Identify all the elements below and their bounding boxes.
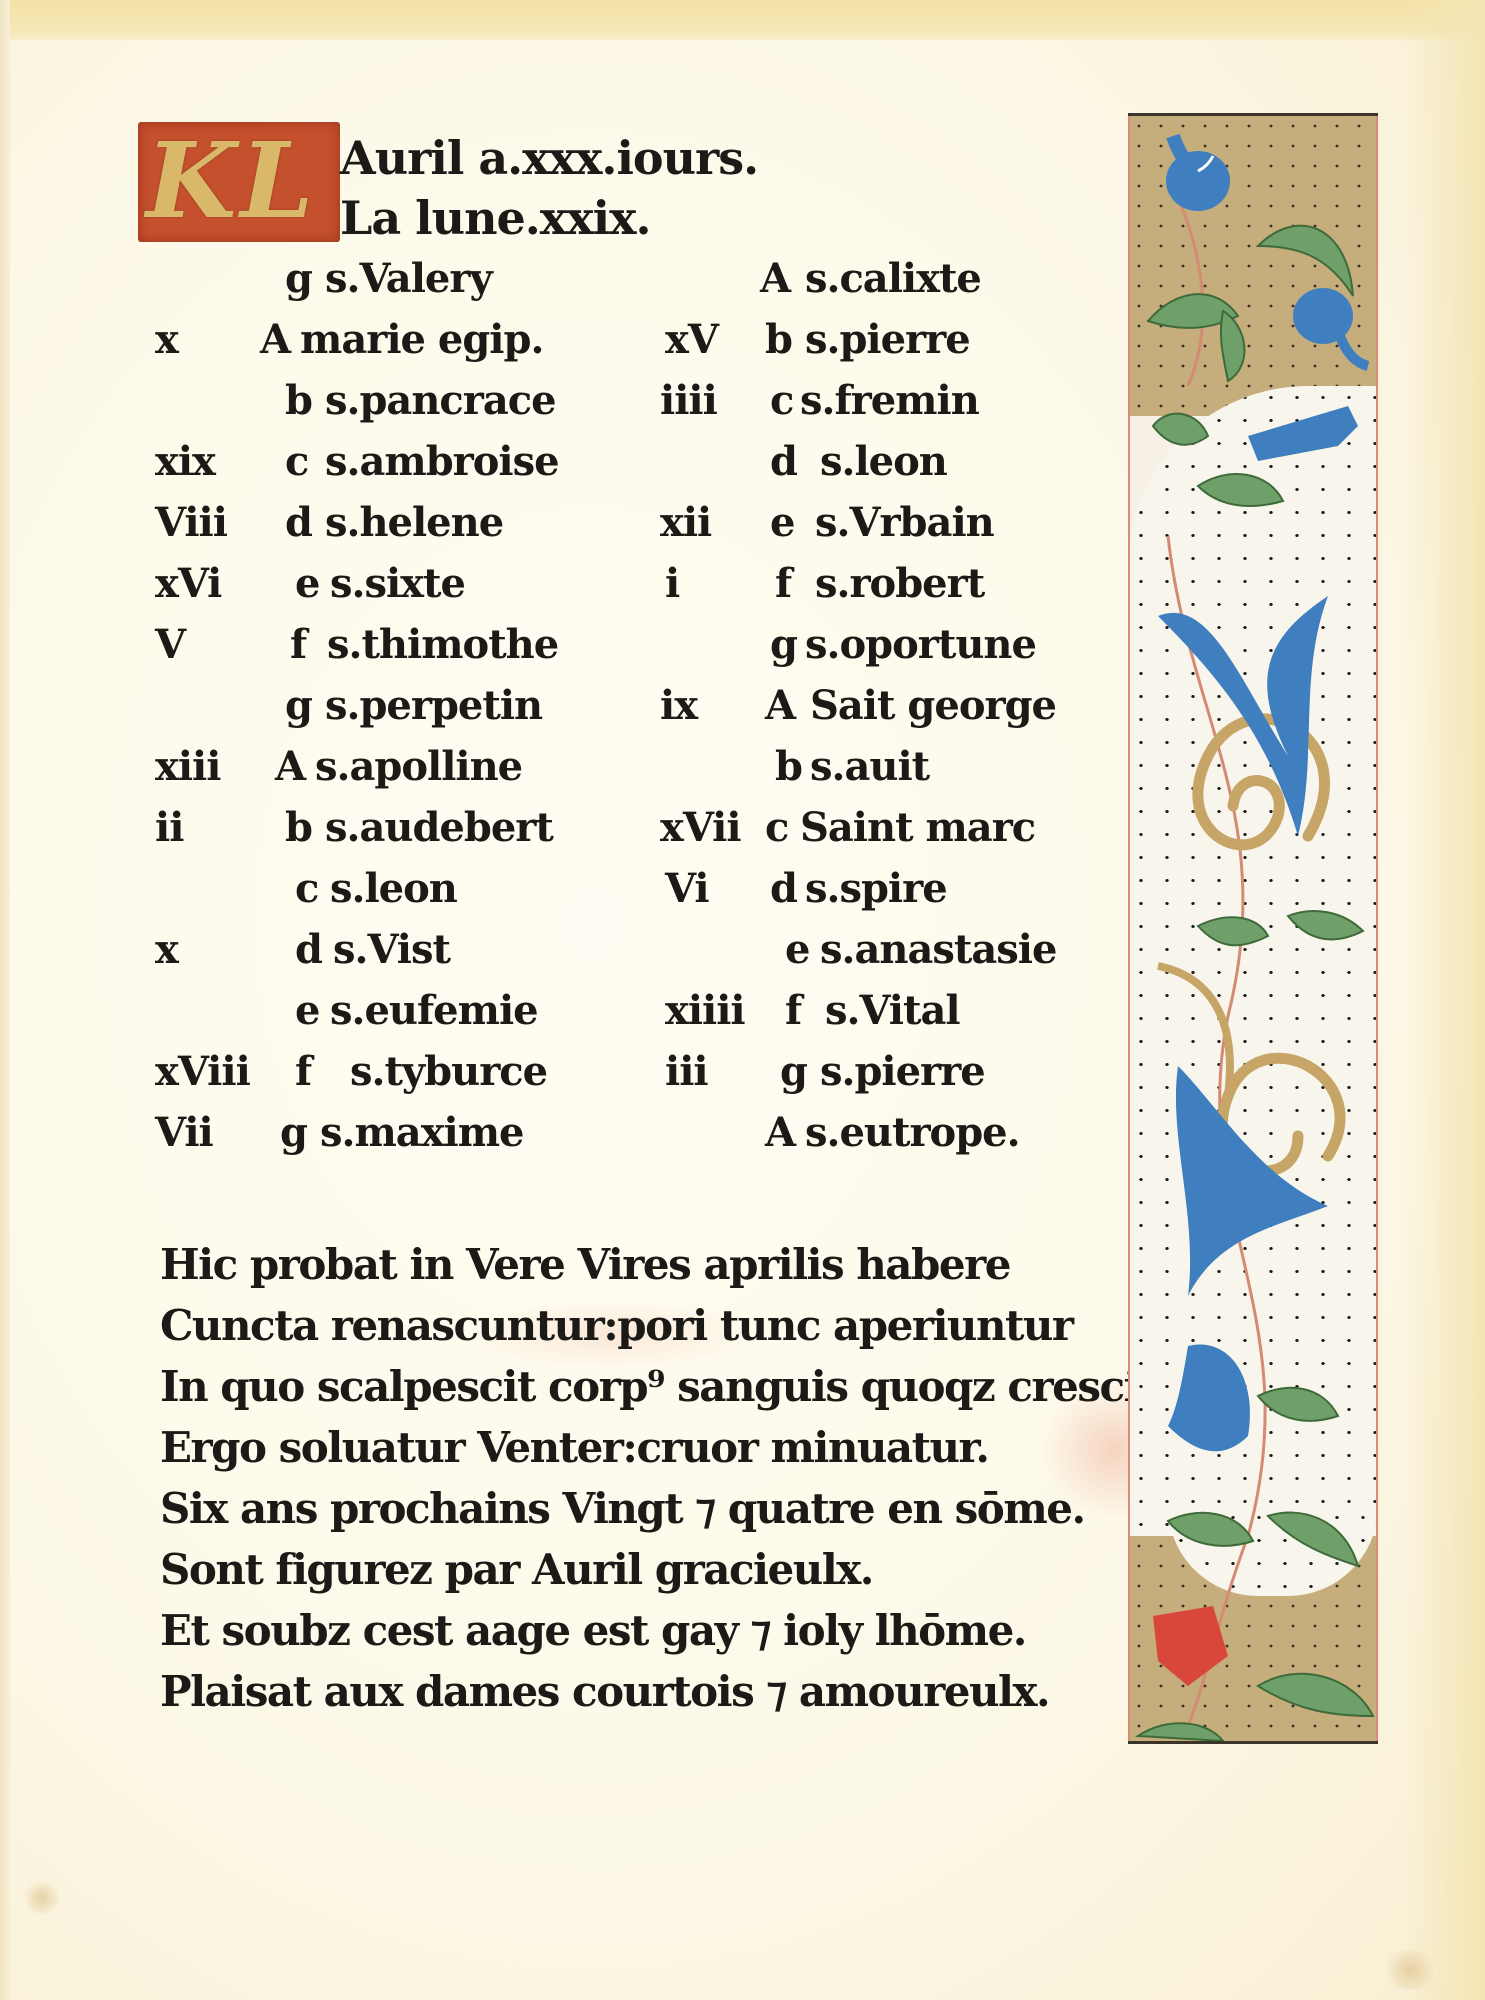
dominical-letter: c: [770, 372, 793, 430]
dominical-letter: b: [285, 372, 312, 430]
golden-number: x: [155, 921, 178, 979]
calendar-row: gs.oportune: [660, 616, 1120, 674]
calendar-row: ds.leon: [660, 433, 1120, 491]
saint-name: s.ambroise: [325, 433, 559, 491]
saint-name: s.apolline: [315, 738, 522, 796]
saint-name: s.anastasie: [820, 921, 1056, 979]
dominical-letter: c: [765, 799, 788, 857]
verse-line: Ergo soluatur Venter:cruor minuatur.: [160, 1419, 988, 1477]
calendar-row: iibs.audebert: [155, 799, 615, 857]
calendar-row: Viiids.helene: [155, 494, 615, 552]
verse-line: In quo scalpescit corp⁹ sanguis quoqz cr…: [160, 1358, 1169, 1416]
calendar-row: cs.leon: [155, 860, 615, 918]
page-right-edge: [1405, 0, 1485, 2000]
golden-number: xii: [660, 494, 711, 552]
month-heading: Auril a.xxx.iours.: [340, 130, 758, 186]
calendar-row: xds.Vist: [155, 921, 615, 979]
dominical-letter: e: [785, 921, 809, 979]
blue-flower-icon: [1293, 288, 1368, 366]
saint-name: s.fremin: [800, 372, 979, 430]
saint-name: Saint marc: [800, 799, 1035, 857]
saint-name: s.Valery: [325, 250, 492, 308]
calendar-row: bs.auit: [660, 738, 1120, 796]
saint-name: s.auit: [810, 738, 929, 796]
dominical-letter: g: [280, 1104, 307, 1162]
saint-name: s.perpetin: [325, 677, 542, 735]
dominical-letter: A: [275, 738, 305, 796]
border-rule-right: [1376, 116, 1378, 1741]
golden-number: V: [155, 616, 185, 674]
blue-flower-icon: [1166, 136, 1230, 211]
saint-name: s.eutrope.: [805, 1104, 1020, 1162]
saint-name: s.oportune: [805, 616, 1036, 674]
golden-number: xVi: [155, 555, 221, 613]
dominical-letter: b: [285, 799, 312, 857]
saint-name: s.Vital: [825, 982, 960, 1040]
saint-name: s.leon: [330, 860, 457, 918]
dominical-letter: e: [770, 494, 794, 552]
calendar-row: Viigs.maxime: [155, 1104, 615, 1162]
dominical-letter: f: [785, 982, 801, 1040]
calendar-row: gs.Valery: [155, 250, 615, 308]
dominical-letter: b: [775, 738, 802, 796]
border-rule-left: [1128, 116, 1130, 1741]
moon-heading: La lune.xxix.: [340, 190, 651, 246]
calendar-row: xViiifs.tyburce: [155, 1043, 615, 1101]
calendar-row: xVies.sixte: [155, 555, 615, 613]
dominical-letter: d: [770, 860, 797, 918]
golden-number: xViii: [155, 1043, 250, 1101]
calendar-row: Vids.spire: [660, 860, 1120, 918]
saint-name: s.pancrace: [325, 372, 556, 430]
page-top-edge: [0, 0, 1485, 42]
saint-name: s.helene: [325, 494, 503, 552]
calendar-row: As.calixte: [660, 250, 1120, 308]
saint-name: s.calixte: [805, 250, 981, 308]
saint-name: s.robert: [815, 555, 984, 613]
dominical-letter: g: [285, 250, 312, 308]
dominical-letter: g: [285, 677, 312, 735]
saint-name: marie egip.: [300, 311, 543, 369]
red-flower-icon: [1153, 1606, 1228, 1686]
golden-number: Viii: [155, 494, 227, 552]
saint-name: s.maxime: [320, 1104, 524, 1162]
saint-name: s.Vist: [333, 921, 450, 979]
saint-name: s.pierre: [820, 1043, 985, 1101]
calendar-row: iiigs.pierre: [660, 1043, 1120, 1101]
dominical-letter: A: [765, 677, 795, 735]
golden-number: Vi: [665, 860, 709, 918]
golden-number: x: [155, 311, 178, 369]
border-ornament-svg: [1128, 116, 1378, 1741]
calendar-row: bs.pancrace: [155, 372, 615, 430]
calendar-row: As.eutrope.: [660, 1104, 1120, 1162]
golden-number: iiii: [660, 372, 717, 430]
calendar-row: ixASait george: [660, 677, 1120, 735]
calendar-row: xiiiAs.apolline: [155, 738, 615, 796]
dominical-letter: d: [285, 494, 312, 552]
saint-name: s.leon: [820, 433, 947, 491]
dominical-letter: d: [770, 433, 797, 491]
dominical-letter: b: [765, 311, 792, 369]
verse-line: Six ans prochains Vingt ⁊ quatre en sōme…: [160, 1480, 1085, 1538]
verse-line: Plaisat aux dames courtois ⁊ amoureulx.: [160, 1663, 1049, 1721]
dominical-letter: f: [775, 555, 791, 613]
saint-name: s.pierre: [805, 311, 970, 369]
calendar-row: xiies.Vrbain: [660, 494, 1120, 552]
page-left-edge: [0, 0, 10, 2000]
dominical-letter: e: [295, 555, 319, 613]
foxing-stain: [22, 1880, 62, 1916]
calendar-row: xViicSaint marc: [660, 799, 1120, 857]
verse-line: Sont figurez par Auril gracieulx.: [160, 1541, 873, 1599]
golden-number: xV: [665, 311, 718, 369]
dominical-letter: d: [295, 921, 322, 979]
calendar-row: xixcs.ambroise: [155, 433, 615, 491]
saint-name: s.thimothe: [327, 616, 558, 674]
calendar-row: xiiiifs.Vital: [660, 982, 1120, 1040]
saint-name: s.Vrbain: [815, 494, 994, 552]
dominical-letter: A: [760, 250, 790, 308]
golden-number: xiiii: [665, 982, 745, 1040]
golden-number: xiii: [155, 738, 220, 796]
dominical-letter: g: [780, 1043, 807, 1101]
dominical-letter: c: [285, 433, 308, 491]
saint-name: s.spire: [805, 860, 947, 918]
calendar-row: es.eufemie: [155, 982, 615, 1040]
dominical-letter: c: [295, 860, 318, 918]
saint-name: s.audebert: [325, 799, 553, 857]
foxing-stain: [1380, 1950, 1440, 1990]
saint-name: s.eufemie: [330, 982, 538, 1040]
golden-number: iii: [665, 1043, 708, 1101]
verse-line: Cuncta renascuntur:pori tunc aperiuntur: [160, 1297, 1073, 1355]
dominical-letter: A: [260, 311, 290, 369]
dominical-letter: A: [765, 1104, 795, 1162]
saint-name: Sait george: [810, 677, 1056, 735]
calendar-row: Vfs.thimothe: [155, 616, 615, 674]
golden-number: ii: [155, 799, 183, 857]
calendar-row: xAmarie egip.: [155, 311, 615, 369]
calendar-row: es.anastasie: [660, 921, 1120, 979]
initial-letters: KL: [146, 122, 336, 242]
golden-number: xix: [155, 433, 215, 491]
golden-number: Vii: [155, 1104, 213, 1162]
dominical-letter: f: [295, 1043, 311, 1101]
saint-name: s.sixte: [330, 555, 465, 613]
calendar-row: iiiics.fremin: [660, 372, 1120, 430]
calendar-row: xVbs.pierre: [660, 311, 1120, 369]
golden-number: ix: [660, 677, 697, 735]
illuminated-border: [1128, 113, 1378, 1744]
dominical-letter: f: [290, 616, 306, 674]
golden-number: i: [665, 555, 679, 613]
illuminated-initial: KL: [138, 122, 340, 242]
saint-name: s.tyburce: [350, 1043, 547, 1101]
dominical-letter: g: [770, 616, 797, 674]
golden-number: xVii: [660, 799, 741, 857]
verse-line: Hic probat in Vere Vires aprilis habere: [160, 1236, 1010, 1294]
calendar-row: ifs.robert: [660, 555, 1120, 613]
verse-line: Et soubz cest aage est gay ⁊ ioly lhōme.: [160, 1602, 1026, 1660]
calendar-row: gs.perpetin: [155, 677, 615, 735]
dominical-letter: e: [295, 982, 319, 1040]
